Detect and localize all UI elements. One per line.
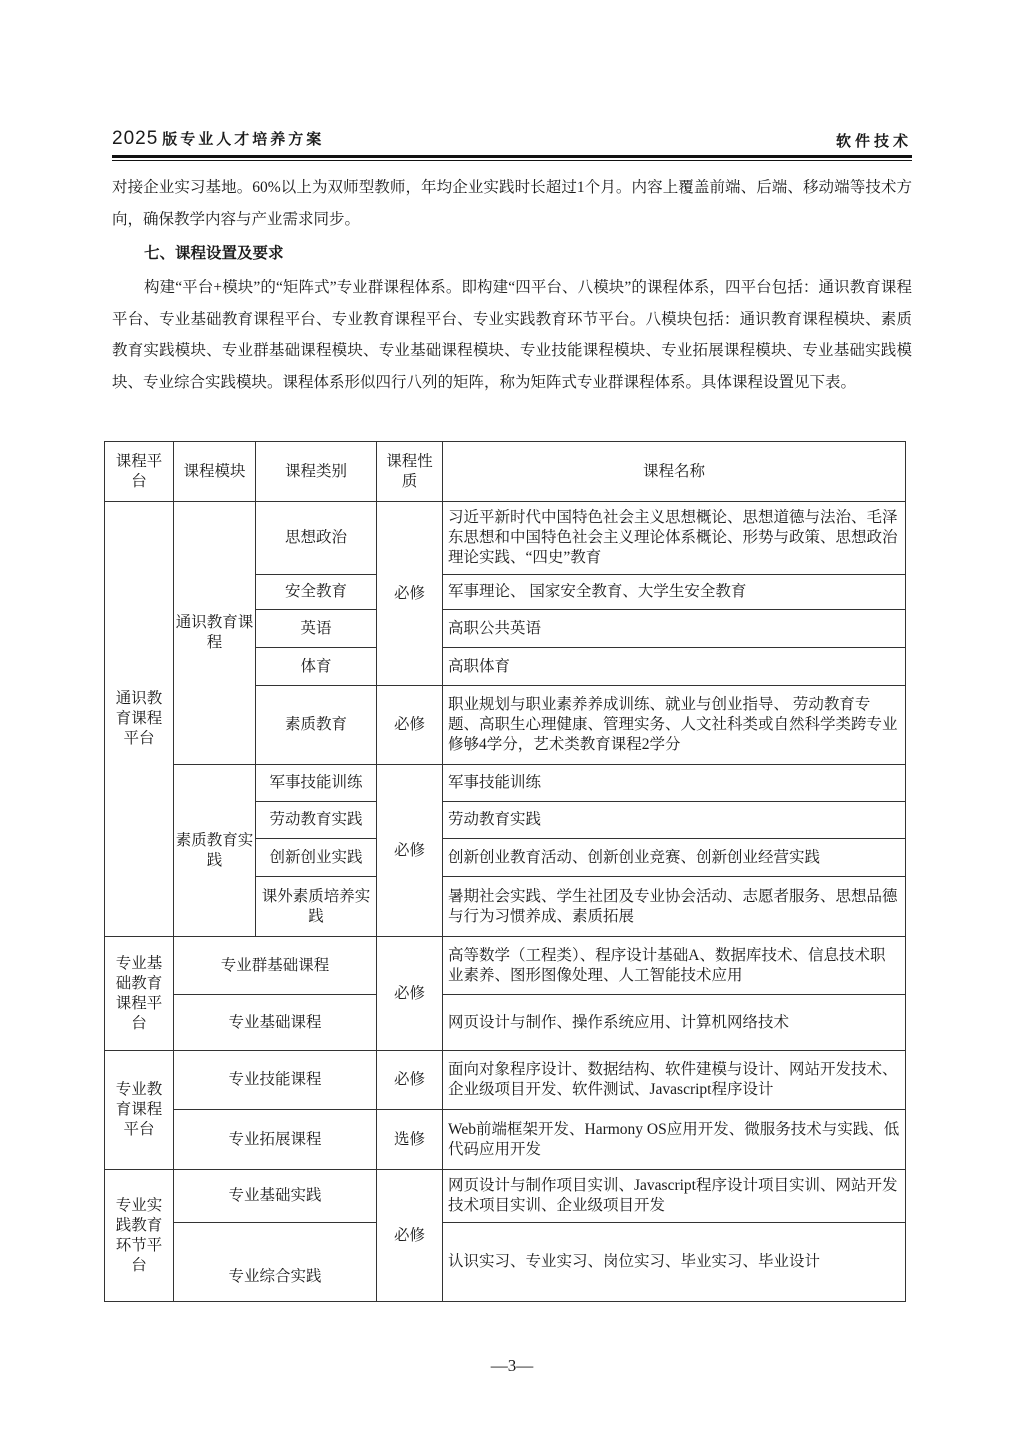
table-row: 专业基础教育课程平台 专业群基础课程 必修 高等数学（工程类）、程序设计基础A、…	[105, 937, 906, 995]
category-cell: 英语	[256, 610, 377, 648]
course-table: 课程平台 课程模块 课程类别 课程性质 课程名称 通识教育课程平台 通识教育课程…	[104, 441, 906, 1302]
nature-cell: 必修	[377, 1170, 443, 1302]
courses-cell: 面向对象程序设计、数据结构、软件建模与设计、网站开发技术、企业级项目开发、软件测…	[443, 1051, 906, 1110]
courses-cell: 军事技能训练	[443, 765, 906, 802]
courses-cell: 网页设计与制作项目实训、Javascript程序设计项目实训、网站开发技术项目实…	[443, 1170, 906, 1223]
category-cell: 军事技能训练	[256, 765, 377, 802]
category-cell: 专业综合实践	[174, 1223, 377, 1302]
category-cell: 专业群基础课程	[174, 937, 377, 995]
header-rule-thick	[112, 155, 912, 158]
courses-cell: 高等数学（工程类）、程序设计基础A、数据库技术、信息技术职业素养、图形图像处理、…	[443, 937, 906, 995]
table-row: 素质教育实践 军事技能训练 必修 军事技能训练	[105, 765, 906, 802]
intro-paragraph: 对接企业实习基地。60%以上为双师型教师，年均企业实践时长超过1个月。内容上覆盖…	[112, 172, 912, 235]
header-platform: 课程平台	[105, 442, 174, 502]
major-name: 软件技术	[836, 130, 912, 151]
courses-cell: 职业规划与职业素养养成训练、就业与创业指导、 劳动教育专题、高职生心理健康、管理…	[443, 686, 906, 765]
table-row: 通识教育课程平台 通识教育课程 思想政治 必修 习近平新时代中国特色社会主义思想…	[105, 502, 906, 575]
courses-cell: 创新创业教育活动、创新创业竞赛、创新创业经营实践	[443, 839, 906, 877]
courses-cell: 网页设计与制作、操作系统应用、计算机网络技术	[443, 995, 906, 1051]
header-category: 课程类别	[256, 442, 377, 502]
document-title: 2025版专业人才培养方案	[112, 128, 324, 150]
header-nature: 课程性质	[377, 442, 443, 502]
category-cell: 专业基础课程	[174, 995, 377, 1051]
header-courses: 课程名称	[443, 442, 906, 502]
courses-cell: 劳动教育实践	[443, 802, 906, 839]
platform-professional: 专业教育课程平台	[105, 1051, 174, 1170]
category-cell: 专业基础实践	[174, 1170, 377, 1223]
document-title-text: 版专业人才培养方案	[162, 130, 324, 148]
category-cell: 专业拓展课程	[174, 1110, 377, 1170]
courses-cell: Web前端框架开发、Harmony OS应用开发、微服务技术与实践、低代码应用开…	[443, 1110, 906, 1170]
table-row: 专业教育课程平台 专业技能课程 必修 面向对象程序设计、数据结构、软件建模与设计…	[105, 1051, 906, 1110]
category-cell: 素质教育	[256, 686, 377, 765]
module-quality-practice: 素质教育实践	[174, 765, 256, 937]
table-header-row: 课程平台 课程模块 课程类别 课程性质 课程名称	[105, 442, 906, 502]
header-rule-thin	[112, 160, 912, 161]
category-cell: 思想政治	[256, 502, 377, 575]
category-cell: 体育	[256, 648, 377, 686]
section-body: 构建“平台+模块”的“矩阵式”专业群课程体系。即构建“四平台、八模块”的课程体系…	[112, 272, 912, 398]
courses-cell: 认识实习、专业实习、岗位实习、毕业实习、毕业设计	[443, 1223, 906, 1302]
page-number: —3—	[0, 1356, 1024, 1376]
table-row: 专业基础课程 网页设计与制作、操作系统应用、计算机网络技术	[105, 995, 906, 1051]
nature-cell: 必修	[377, 686, 443, 765]
page-header: 2025版专业人才培养方案 软件技术	[112, 126, 912, 156]
courses-cell: 暑期社会实践、学生社团及专业协会活动、志愿者服务、思想品德与行为习惯养成、素质拓…	[443, 877, 906, 937]
nature-cell: 必修	[377, 1051, 443, 1110]
nature-cell: 选修	[377, 1110, 443, 1170]
courses-cell: 军事理论、 国家安全教育、大学生安全教育	[443, 575, 906, 610]
category-cell: 劳动教育实践	[256, 802, 377, 839]
nature-cell: 必修	[377, 502, 443, 686]
category-cell: 安全教育	[256, 575, 377, 610]
courses-cell: 高职体育	[443, 648, 906, 686]
header-module: 课程模块	[174, 442, 256, 502]
nature-cell: 必修	[377, 937, 443, 1051]
platform-practice: 专业实践教育环节平台	[105, 1170, 174, 1302]
category-cell: 创新创业实践	[256, 839, 377, 877]
category-cell: 课外素质培养实践	[256, 877, 377, 937]
table-row: 专业拓展课程 选修 Web前端框架开发、Harmony OS应用开发、微服务技术…	[105, 1110, 906, 1170]
document-year: 2025	[112, 128, 158, 149]
platform-basic: 专业基础教育课程平台	[105, 937, 174, 1051]
section-heading: 七、课程设置及要求	[144, 241, 284, 263]
category-cell: 专业技能课程	[174, 1051, 377, 1110]
courses-cell: 习近平新时代中国特色社会主义思想概论、思想道德与法治、毛泽东思想和中国特色社会主…	[443, 502, 906, 575]
platform-general: 通识教育课程平台	[105, 502, 174, 937]
module-general-edu: 通识教育课程	[174, 502, 256, 765]
nature-cell: 必修	[377, 765, 443, 937]
table-row: 专业实践教育环节平台 专业基础实践 必修 网页设计与制作项目实训、Javascr…	[105, 1170, 906, 1223]
courses-cell: 高职公共英语	[443, 610, 906, 648]
table-row: 专业综合实践 认识实习、专业实习、岗位实习、毕业实习、毕业设计	[105, 1223, 906, 1302]
